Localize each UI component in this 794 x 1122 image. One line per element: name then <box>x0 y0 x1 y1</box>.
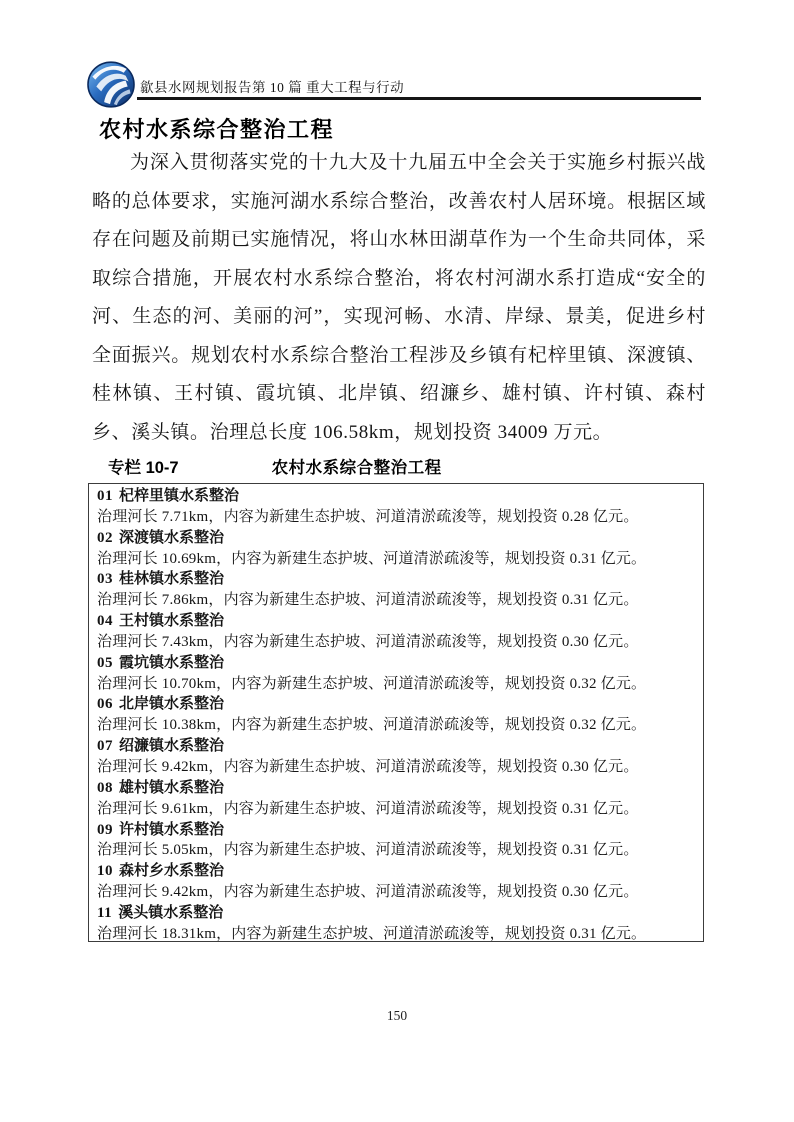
project-item-heading: 02深渡镇水系整治 <box>97 528 695 549</box>
project-item-name: 北岸镇水系整治 <box>119 696 224 712</box>
project-item-heading: 07绍濂镇水系整治 <box>97 736 695 757</box>
project-item-number: 04 <box>97 613 113 629</box>
project-item-detail: 治理河长 7.86km，内容为新建生态护坡、河道清淤疏浚等，规划投资 0.31 … <box>97 590 695 611</box>
project-item-detail: 治理河长 10.38km，内容为新建生态护坡、河道清淤疏浚等，规划投资 0.32… <box>97 715 695 736</box>
column-title: 农村水系综合整治工程 <box>272 454 442 478</box>
header-report-title: 歙县水网规划报告第 10 篇 重大工程与行动 <box>140 79 404 97</box>
project-item-heading: 06北岸镇水系整治 <box>97 694 695 715</box>
document-page: 歙县水网规划报告第 10 篇 重大工程与行动 农村水系综合整治工程 为深入贯彻落… <box>0 0 794 1122</box>
project-item-name: 雄村镇水系整治 <box>119 780 224 796</box>
project-item: 05霞坑镇水系整治 治理河长 10.70km，内容为新建生态护坡、河道清淤疏浚等… <box>97 653 695 695</box>
project-item-number: 05 <box>97 655 113 671</box>
project-item-heading: 01杞梓里镇水系整治 <box>97 486 695 507</box>
project-item-name: 桂林镇水系整治 <box>119 571 224 587</box>
column-caption: 专栏 10-7 农村水系综合整治工程 <box>108 454 706 478</box>
project-item-name: 王村镇水系整治 <box>119 613 224 629</box>
section-title: 农村水系综合整治工程 <box>99 113 334 144</box>
project-item-name: 绍濂镇水系整治 <box>119 738 224 754</box>
project-item-detail: 治理河长 7.71km，内容为新建生态护坡、河道清淤疏浚等，规划投资 0.28 … <box>97 507 695 528</box>
page-number: 150 <box>0 1008 794 1024</box>
project-item-number: 07 <box>97 738 113 754</box>
project-item-heading: 04王村镇水系整治 <box>97 611 695 632</box>
project-item-number: 03 <box>97 571 113 587</box>
project-item-number: 08 <box>97 780 113 796</box>
header-rule <box>137 97 701 100</box>
project-item-name: 溪头镇水系整治 <box>118 905 223 921</box>
project-item: 02深渡镇水系整治 治理河长 10.69km，内容为新建生态护坡、河道清淤疏浚等… <box>97 528 695 570</box>
project-item: 08雄村镇水系整治 治理河长 9.61km，内容为新建生态护坡、河道清淤疏浚等，… <box>97 778 695 820</box>
project-item: 11溪头镇水系整治 治理河长 18.31km，内容为新建生态护坡、河道清淤疏浚等… <box>97 903 695 942</box>
project-item-detail: 治理河长 10.69km，内容为新建生态护坡、河道清淤疏浚等，规划投资 0.31… <box>97 549 695 570</box>
project-item: 04王村镇水系整治 治理河长 7.43km，内容为新建生态护坡、河道清淤疏浚等，… <box>97 611 695 653</box>
project-item-name: 许村镇水系整治 <box>119 822 224 838</box>
project-item-detail: 治理河长 9.42km，内容为新建生态护坡、河道清淤疏浚等，规划投资 0.30 … <box>97 882 695 903</box>
project-item-heading: 08雄村镇水系整治 <box>97 778 695 799</box>
project-item-detail: 治理河长 18.31km，内容为新建生态护坡、河道清淤疏浚等，规划投资 0.31… <box>97 924 695 942</box>
project-item-detail: 治理河长 5.05km，内容为新建生态护坡、河道清淤疏浚等，规划投资 0.31 … <box>97 840 695 861</box>
project-item: 07绍濂镇水系整治 治理河长 9.42km，内容为新建生态护坡、河道清淤疏浚等，… <box>97 736 695 778</box>
project-item-detail: 治理河长 9.42km，内容为新建生态护坡、河道清淤疏浚等，规划投资 0.30 … <box>97 757 695 778</box>
project-item-name: 杞梓里镇水系整治 <box>119 488 239 504</box>
project-item: 03桂林镇水系整治 治理河长 7.86km，内容为新建生态护坡、河道清淤疏浚等，… <box>97 569 695 611</box>
project-item-name: 森村乡水系整治 <box>119 863 224 879</box>
body-paragraph: 为深入贯彻落实党的十九大及十九届五中全会关于实施乡村振兴战略的总体要求，实施河湖… <box>92 144 706 452</box>
column-label: 专栏 10-7 <box>108 454 179 478</box>
project-item: 10森村乡水系整治 治理河长 9.42km，内容为新建生态护坡、河道清淤疏浚等，… <box>97 861 695 903</box>
project-item: 09许村镇水系整治 治理河长 5.05km，内容为新建生态护坡、河道清淤疏浚等，… <box>97 820 695 862</box>
project-item-number: 01 <box>97 488 113 504</box>
project-item-heading: 10森村乡水系整治 <box>97 861 695 882</box>
water-network-logo-icon <box>86 61 136 108</box>
column-box: 01杞梓里镇水系整治 治理河长 7.71km，内容为新建生态护坡、河道清淤疏浚等… <box>88 483 704 942</box>
project-item-detail: 治理河长 9.61km，内容为新建生态护坡、河道清淤疏浚等，规划投资 0.31 … <box>97 799 695 820</box>
project-item-heading: 11溪头镇水系整治 <box>97 903 695 924</box>
project-item-number: 10 <box>97 863 113 879</box>
project-item-number: 02 <box>97 530 113 546</box>
project-item-detail: 治理河长 10.70km，内容为新建生态护坡、河道清淤疏浚等，规划投资 0.32… <box>97 674 695 695</box>
project-item-name: 霞坑镇水系整治 <box>119 655 224 671</box>
project-item-heading: 03桂林镇水系整治 <box>97 569 695 590</box>
project-item: 06北岸镇水系整治 治理河长 10.38km，内容为新建生态护坡、河道清淤疏浚等… <box>97 694 695 736</box>
project-item-detail: 治理河长 7.43km，内容为新建生态护坡、河道清淤疏浚等，规划投资 0.30 … <box>97 632 695 653</box>
project-item-heading: 05霞坑镇水系整治 <box>97 653 695 674</box>
project-item-number: 09 <box>97 822 113 838</box>
project-item-number: 11 <box>97 905 112 921</box>
project-item-number: 06 <box>97 696 113 712</box>
project-item: 01杞梓里镇水系整治 治理河长 7.71km，内容为新建生态护坡、河道清淤疏浚等… <box>97 486 695 528</box>
project-item-heading: 09许村镇水系整治 <box>97 820 695 841</box>
project-item-name: 深渡镇水系整治 <box>119 530 224 546</box>
